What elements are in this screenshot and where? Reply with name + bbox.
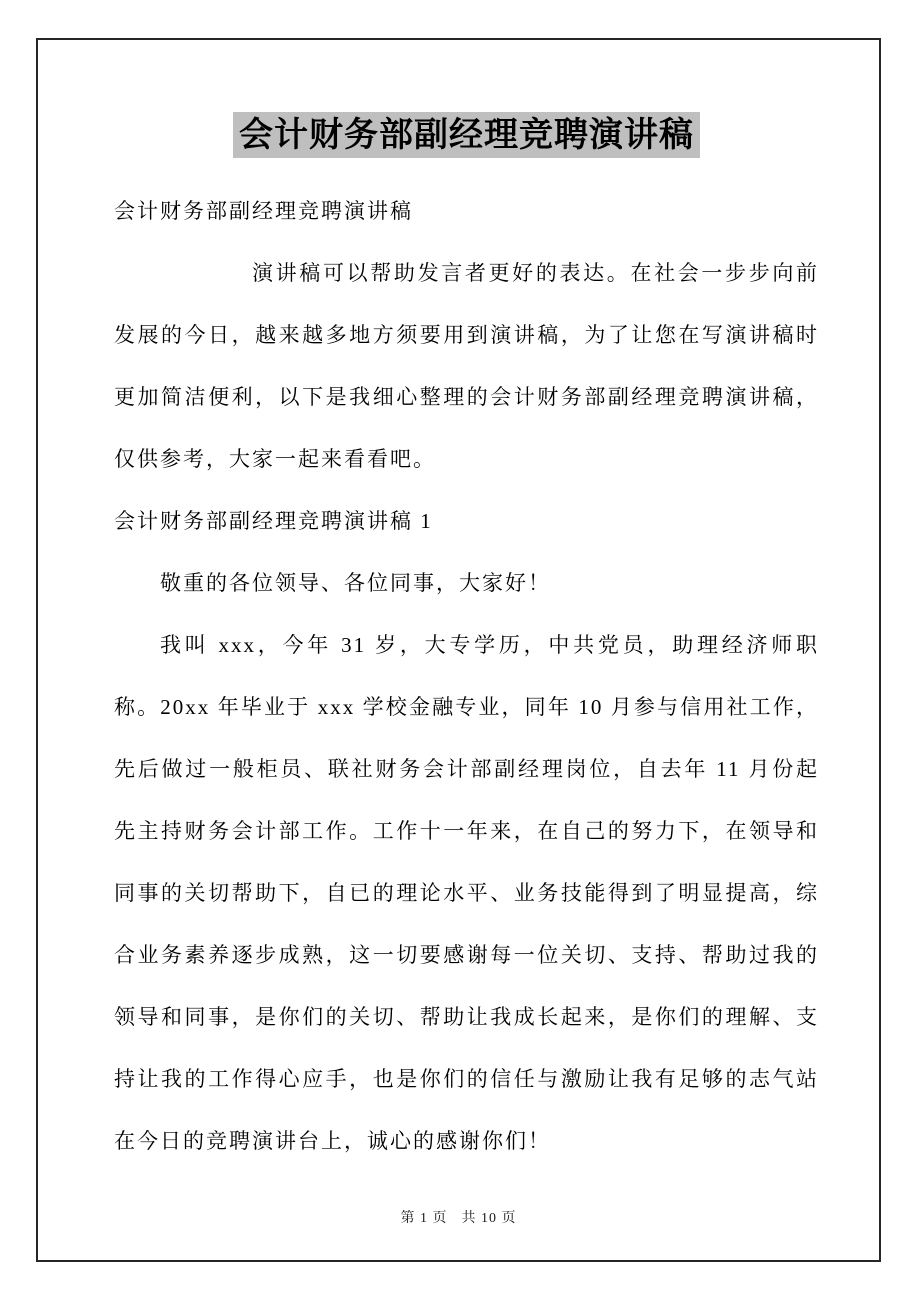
paragraph-self-introduction: 我叫 xxx，今年 31 岁，大专学历，中共党员，助理经济师职称。20xx 年毕… [114, 614, 819, 1172]
title-highlight: 会计财务部副经理竞聘演讲稿 [233, 112, 700, 158]
page-footer: 第 1 页共 10 页 [38, 1207, 879, 1227]
document-content: 会计财务部副经理竞聘演讲稿 会计财务部副经理竞聘演讲稿 演讲稿可以帮助发言者更好… [38, 40, 879, 1172]
document-page: 会计财务部副经理竞聘演讲稿 会计财务部副经理竞聘演讲稿 演讲稿可以帮助发言者更好… [36, 38, 881, 1262]
document-title: 会计财务部副经理竞聘演讲稿 [114, 108, 819, 162]
paragraph-intro: 演讲稿可以帮助发言者更好的表达。在社会一步步向前发展的今日，越来越多地方须要用到… [114, 242, 819, 490]
total-pages: 共 10 页 [462, 1211, 517, 1226]
document-body: 会计财务部副经理竞聘演讲稿 演讲稿可以帮助发言者更好的表达。在社会一步步向前发展… [114, 180, 819, 1172]
paragraph-section-heading: 会计财务部副经理竞聘演讲稿 1 [114, 490, 819, 552]
page-number: 第 1 页 [401, 1211, 448, 1226]
paragraph-repeat-title: 会计财务部副经理竞聘演讲稿 [114, 180, 819, 242]
paragraph-greeting: 敬重的各位领导、各位同事，大家好！ [114, 552, 819, 614]
